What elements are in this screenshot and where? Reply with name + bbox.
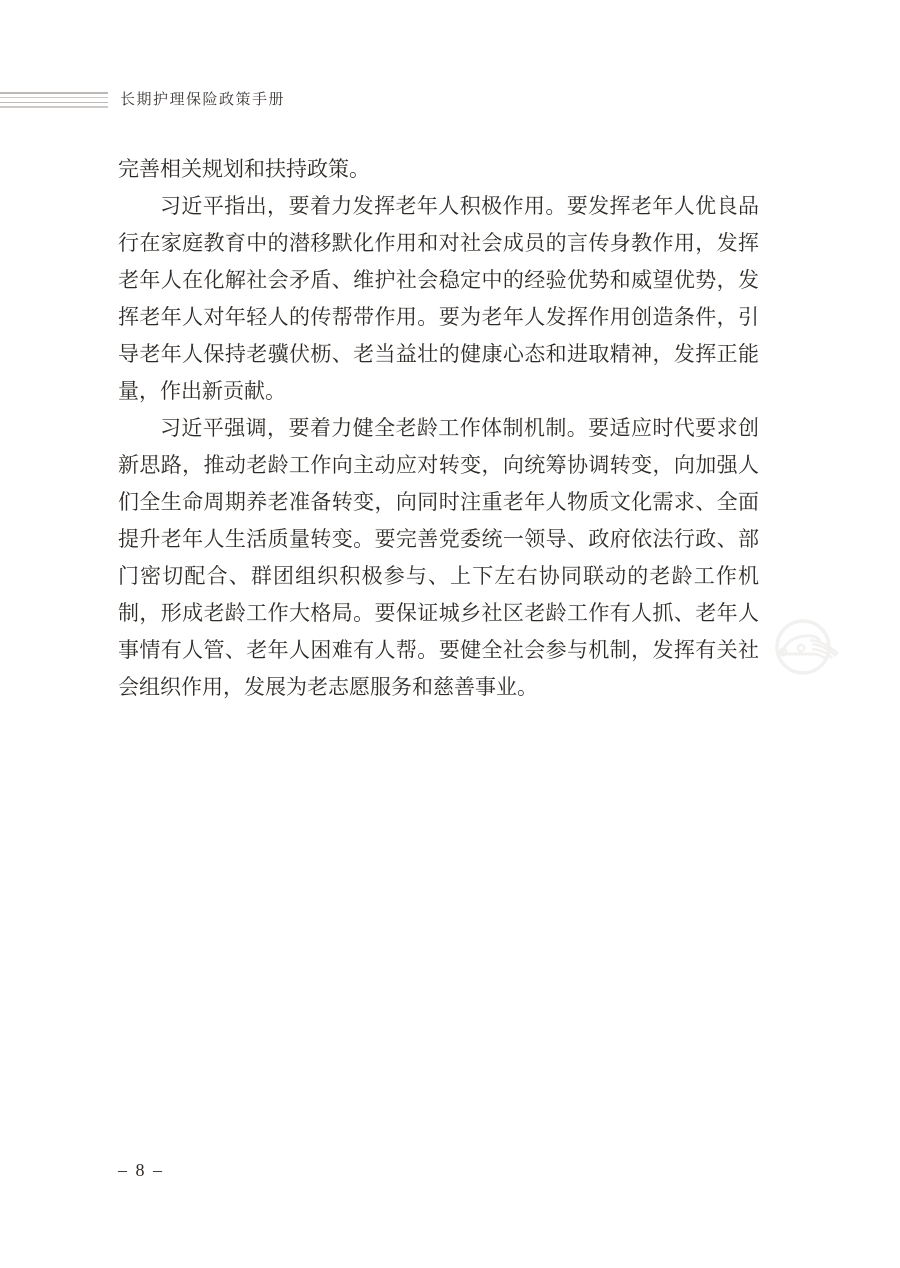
document-page: 长期护理保险政策手册 完善相关规划和扶持政策。 习近平指出，要着力发挥老年人积极… — [0, 0, 900, 1268]
paragraph: 习近平指出，要着力发挥老年人积极作用。要发挥老年人优良品行在家庭教育中的潜移默化… — [118, 188, 759, 410]
circular-logo-watermark-icon — [770, 612, 850, 678]
header-rule-lines-icon — [0, 92, 108, 108]
running-head-title: 长期护理保险政策手册 — [120, 91, 285, 109]
page-number: – 8 – — [118, 1160, 164, 1181]
paragraph: 习近平强调，要着力健全老龄工作体制机制。要适应时代要求创新思路，推动老龄工作向主… — [118, 410, 759, 706]
body-text: 完善相关规划和扶持政策。 习近平指出，要着力发挥老年人积极作用。要发挥老年人优良… — [118, 151, 759, 706]
paragraph: 完善相关规划和扶持政策。 — [118, 151, 759, 188]
